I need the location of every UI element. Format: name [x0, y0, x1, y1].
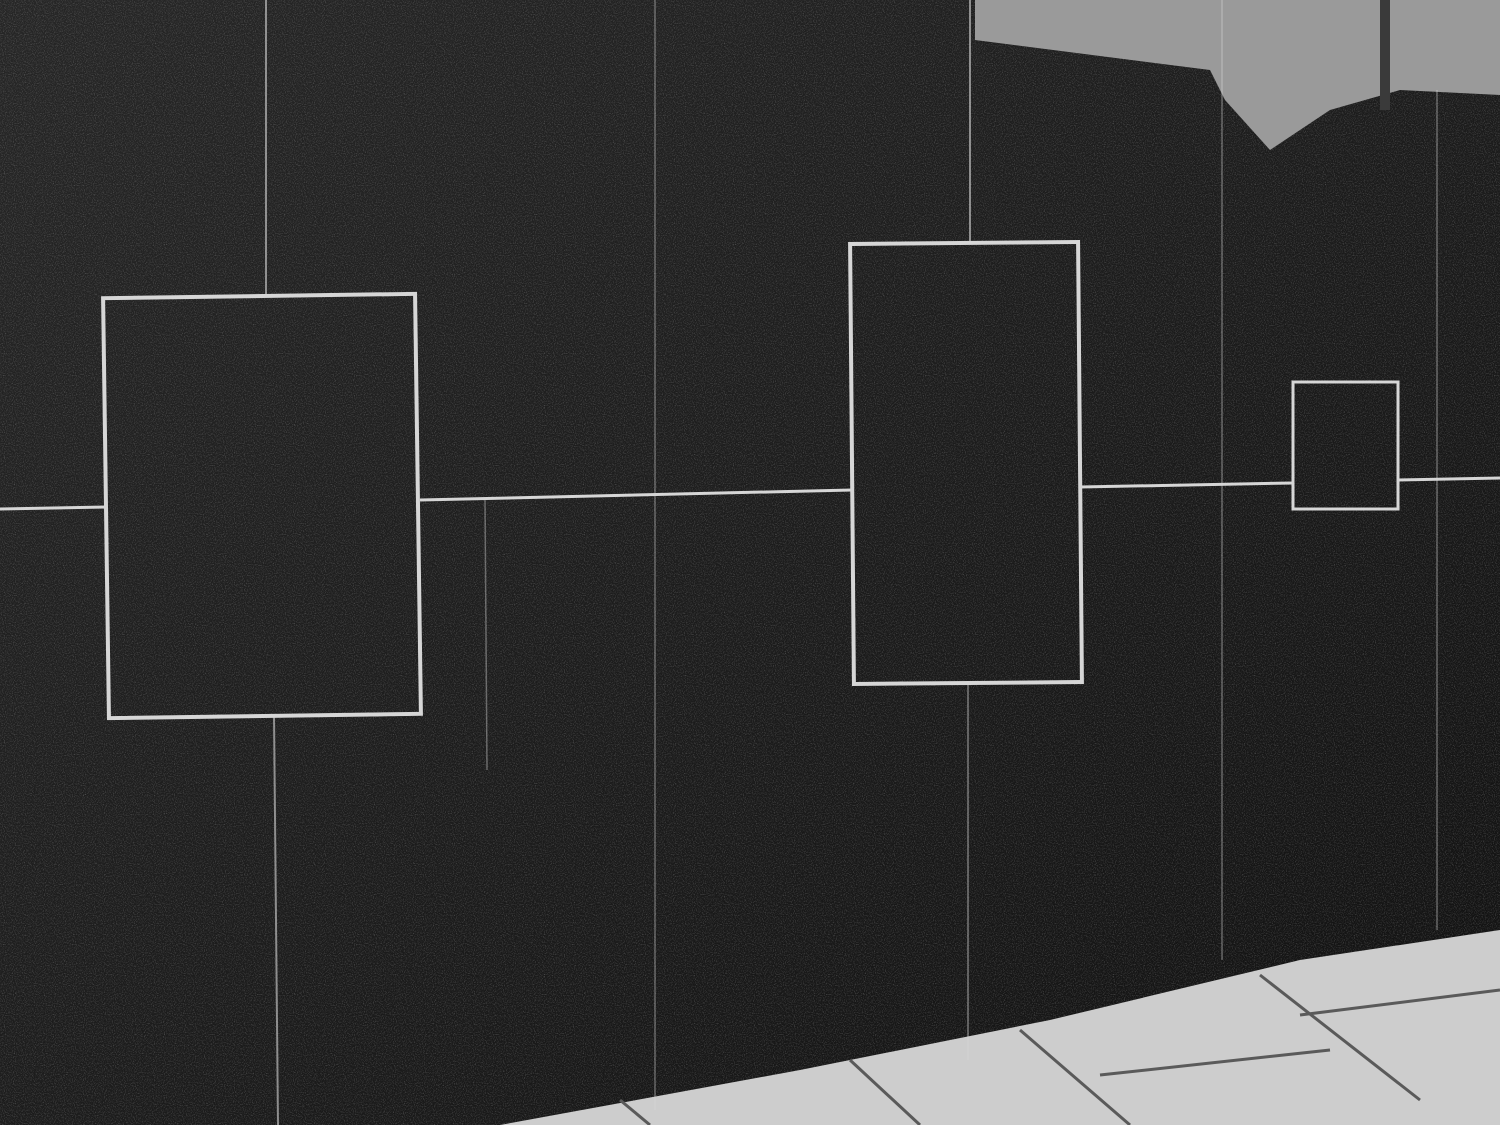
granite-wall-photo — [0, 0, 1500, 1125]
